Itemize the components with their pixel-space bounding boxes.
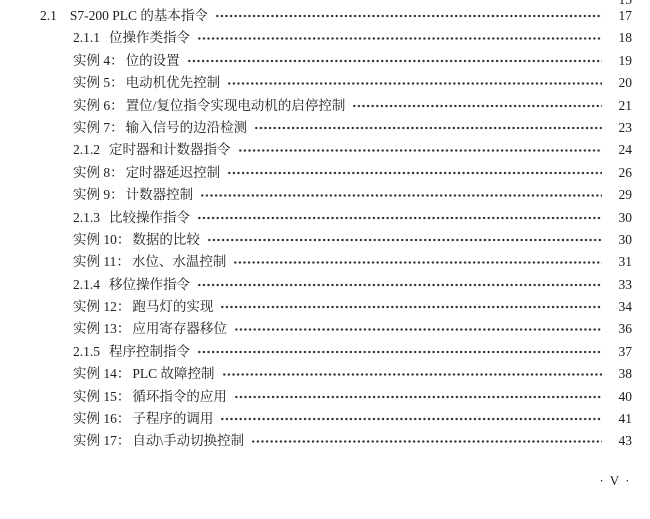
dot-leader — [254, 117, 602, 139]
toc-entry: 实例 4： 位的设置 19 — [0, 50, 632, 72]
toc-entry: 实例 17： 自动\手动切换控制 43 — [0, 430, 632, 452]
toc-entry-page-number: 21 — [608, 95, 632, 117]
dot-leader — [187, 50, 602, 72]
toc-entry-title: 水位、水温控制 — [132, 251, 227, 273]
toc-entry-title: 位操作类指令 — [109, 27, 190, 49]
toc-entry: 2.1.4 移位操作指令 33 — [0, 274, 632, 296]
toc-entry-title: 计数器控制 — [126, 184, 194, 206]
toc-entry: 实例 9： 计数器控制 29 — [0, 184, 632, 206]
toc-entry-prefix: 实例 16： — [73, 408, 130, 430]
toc-entry: 实例 11： 水位、水温控制 31 — [0, 251, 632, 273]
toc-entry-page-number: 17 — [608, 5, 632, 27]
dot-leader — [200, 184, 602, 206]
toc-entry-prefix: 实例 10： — [73, 229, 130, 251]
dot-leader — [207, 229, 602, 251]
toc-entry: 实例 5： 电动机优先控制 20 — [0, 72, 632, 94]
toc-entry: 实例 8： 定时器延迟控制 26 — [0, 162, 632, 184]
toc-entry: 实例 10： 数据的比较 30 — [0, 229, 632, 251]
toc-entry-prefix: 2.1.3 — [73, 207, 100, 229]
toc-entry-page-number: 33 — [608, 274, 632, 296]
toc-entry: 实例 16： 子程序的调用 41 — [0, 408, 632, 430]
dot-leader — [197, 341, 602, 363]
dot-leader — [251, 430, 602, 452]
dot-leader — [233, 251, 602, 273]
toc-entry-page-number: 20 — [608, 72, 632, 94]
toc-entry-page-number: 18 — [608, 27, 632, 49]
toc-entry-prefix: 实例 17： — [73, 430, 130, 452]
dot-leader — [352, 95, 602, 117]
toc-entry-prefix: 实例 15： — [73, 386, 130, 408]
toc-entry-page-number: 38 — [608, 363, 632, 385]
toc-entry-title: 应用寄存器移位 — [132, 318, 227, 340]
dot-leader — [197, 274, 602, 296]
toc-entry-title: 程序控制指令 — [109, 341, 190, 363]
toc-entry-prefix: 实例 6： — [73, 95, 124, 117]
toc-entry-prefix: 2.1.2 — [73, 139, 100, 161]
toc-entry-title: 输入信号的边沿检测 — [126, 117, 248, 139]
toc-entry: 2.1.2 定时器和计数器指令 24 — [0, 139, 632, 161]
toc-entry-page-number: 36 — [608, 318, 632, 340]
toc-entry-title: 置位/复位指令实现电动机的启停控制 — [126, 95, 346, 117]
toc-entry-prefix: 2.1.4 — [73, 274, 100, 296]
toc-entry-title: 电动机优先控制 — [126, 72, 221, 94]
toc-entry: 实例 12： 跑马灯的实现 34 — [0, 296, 632, 318]
toc-entry-prefix: 实例 12： — [73, 296, 130, 318]
dot-leader — [227, 162, 602, 184]
toc-list: 2.1 S7-200 PLC 的基本指令 17 2.1.1 位操作类指令 18 … — [0, 5, 632, 453]
toc-entry-title: 数据的比较 — [132, 229, 200, 251]
toc-entry-prefix: 实例 9： — [73, 184, 124, 206]
toc-entry-page-number: 23 — [608, 117, 632, 139]
toc-entry-page-number: 24 — [608, 139, 632, 161]
toc-entry-prefix: 实例 5： — [73, 72, 124, 94]
toc-entry-prefix: 实例 11： — [73, 251, 130, 273]
toc-entry-title: 位的设置 — [126, 50, 180, 72]
toc-entry-title: PLC 故障控制 — [132, 363, 214, 385]
toc-entry: 实例 13： 应用寄存器移位 36 — [0, 318, 632, 340]
toc-entry: 实例 7： 输入信号的边沿检测 23 — [0, 117, 632, 139]
toc-entry-page-number: 29 — [608, 184, 632, 206]
toc-entry-prefix: 实例 8： — [73, 162, 124, 184]
dot-leader — [220, 408, 602, 430]
toc-entry-title: 移位操作指令 — [109, 274, 190, 296]
dot-leader — [222, 363, 602, 385]
toc-entry-prefix: 实例 14： — [73, 363, 130, 385]
toc-entry-page-number: 34 — [608, 296, 632, 318]
toc-entry-title: 定时器和计数器指令 — [109, 139, 231, 161]
toc-entry-title: 定时器延迟控制 — [126, 162, 221, 184]
toc-entry-prefix: 实例 13： — [73, 318, 130, 340]
dot-leader — [197, 27, 602, 49]
toc-entry-title: 子程序的调用 — [132, 408, 213, 430]
dot-leader — [197, 207, 602, 229]
dot-leader — [227, 72, 602, 94]
dot-leader — [234, 386, 602, 408]
toc-entry: 2.1.1 位操作类指令 18 — [0, 27, 632, 49]
toc-entry-title: S7-200 PLC 的基本指令 — [70, 5, 208, 27]
toc-entry: 实例 15： 循环指令的应用 40 — [0, 386, 632, 408]
toc-entry-page-number: 30 — [608, 229, 632, 251]
toc-entry-prefix: 实例 7： — [73, 117, 124, 139]
toc-entry-page-number: 26 — [608, 162, 632, 184]
toc-entry-page-number: 41 — [608, 408, 632, 430]
page-footer-marker: · V · — [599, 473, 631, 489]
dot-leader — [234, 318, 602, 340]
toc-entry-title: 比较操作指令 — [109, 207, 190, 229]
toc-entry-page-number: 43 — [608, 430, 632, 452]
toc-entry-prefix: 2.1.1 — [73, 27, 100, 49]
toc-entry-title: 跑马灯的实现 — [132, 296, 213, 318]
toc-entry-page-number: 19 — [608, 50, 632, 72]
toc-entry-title: 自动\手动切换控制 — [132, 430, 244, 452]
toc-entry-page-number: 30 — [608, 207, 632, 229]
toc-entry-page-number: 40 — [608, 386, 632, 408]
toc-entry-title: 循环指令的应用 — [132, 386, 227, 408]
toc-entry-page-number: 31 — [608, 251, 632, 273]
toc-entry-page-number: 37 — [608, 341, 632, 363]
toc-entry: 实例 6： 置位/复位指令实现电动机的启停控制 21 — [0, 95, 632, 117]
dot-leader — [220, 296, 602, 318]
toc-entry-prefix: 2.1 — [40, 5, 57, 27]
toc-entry: 2.1.5 程序控制指令 37 — [0, 341, 632, 363]
dot-leader — [238, 139, 603, 161]
toc-entry: 2.1.3 比较操作指令 30 — [0, 207, 632, 229]
scanned-toc-page: 15 2.1 S7-200 PLC 的基本指令 17 2.1.1 位操作类指令 … — [0, 0, 650, 519]
dot-leader — [215, 5, 602, 27]
toc-entry: 实例 14： PLC 故障控制 38 — [0, 363, 632, 385]
toc-entry-prefix: 实例 4： — [73, 50, 124, 72]
toc-entry-prefix: 2.1.5 — [73, 341, 100, 363]
toc-entry: 2.1 S7-200 PLC 的基本指令 17 — [0, 5, 632, 27]
